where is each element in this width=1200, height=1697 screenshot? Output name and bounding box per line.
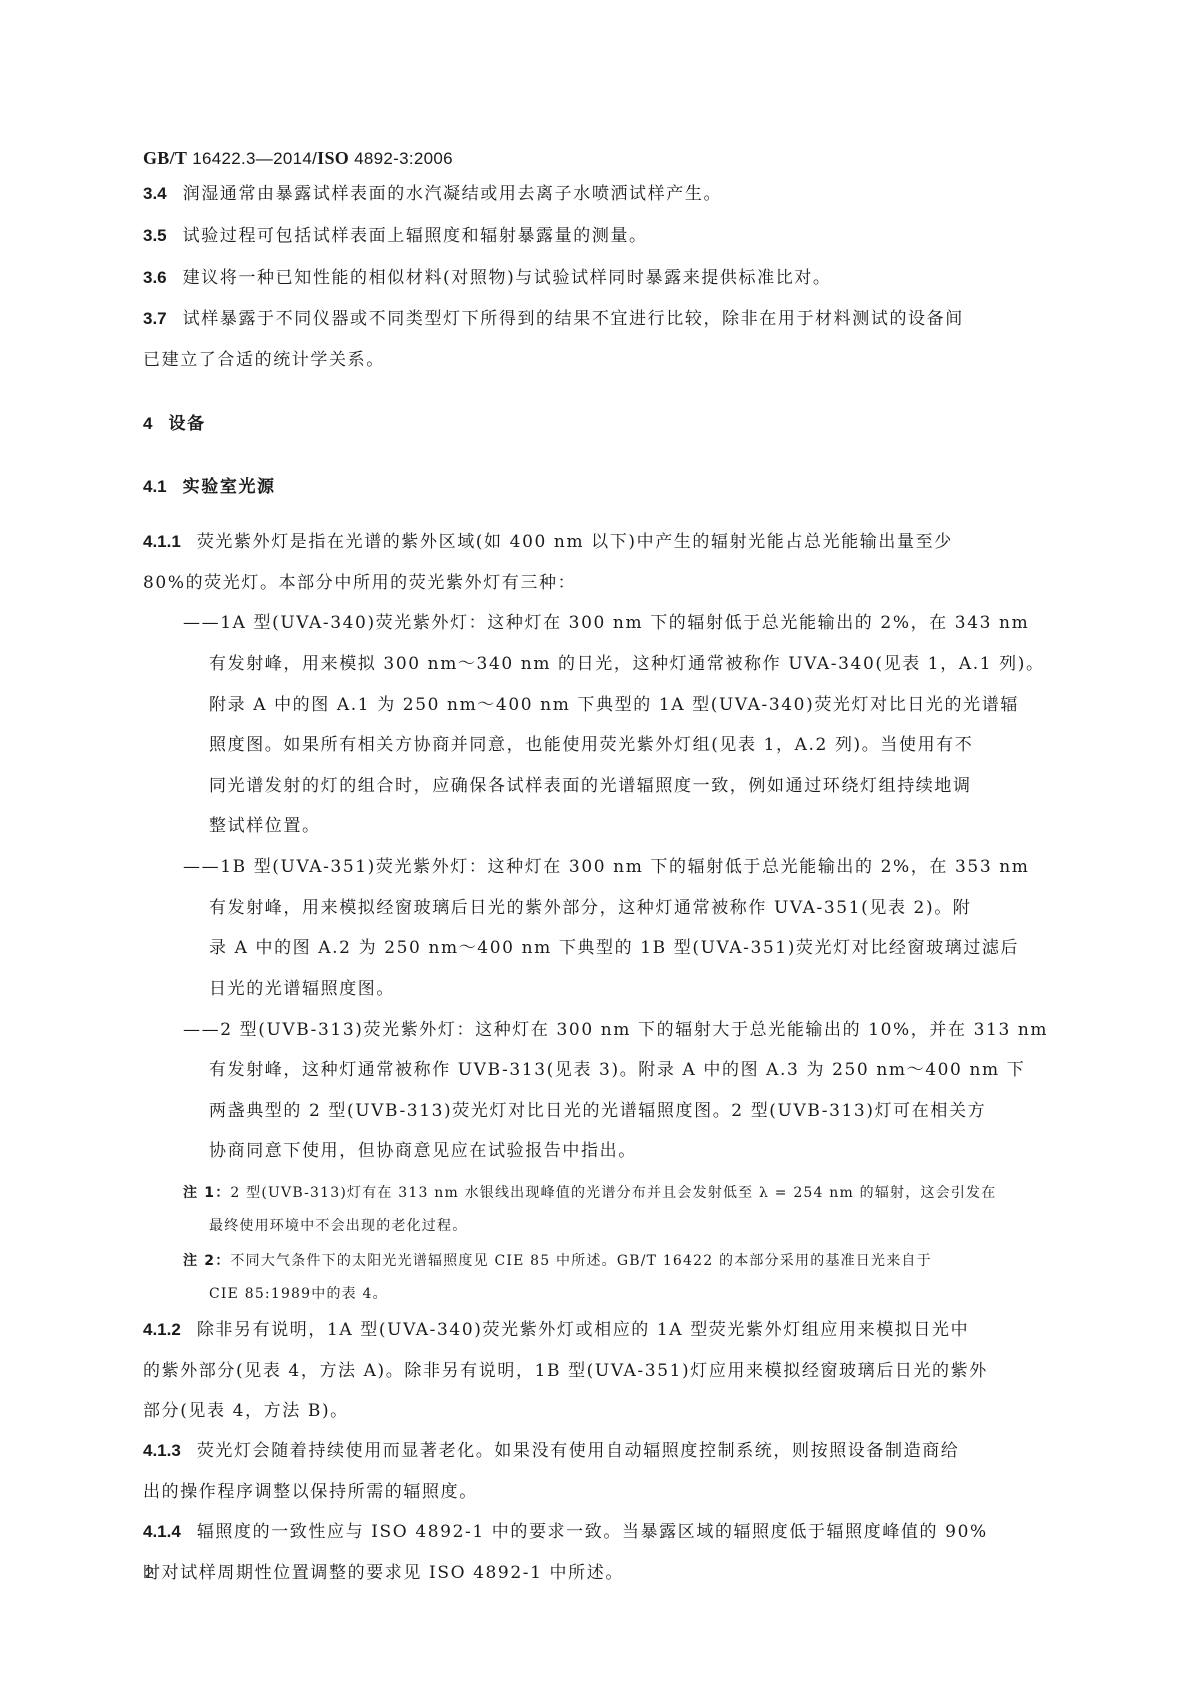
note-label: 注 2：	[183, 1253, 230, 1269]
lamp-type-1a: ——1A 型(UVA-340)荧光紫外灯：这种灯在 300 nm 下的辐射低于总…	[183, 613, 1029, 633]
clause-3-7-cont: 已建立了合适的统计学关系。	[143, 350, 385, 370]
clause-number: 3.7	[143, 309, 167, 328]
clause-4-1-2: 4.1.2除非另有说明，1A 型(UVA-340)荧光紫外灯或相应的 1A 型荧…	[143, 1320, 969, 1340]
lamp-type-1a-line: 附录 A 中的图 A.1 为 250 nm～400 nm 下典型的 1A 型(U…	[209, 695, 1019, 715]
clause-text: 润湿通常由暴露试样表面的水汽凝结或用去离子水喷洒试样产生。	[183, 184, 722, 204]
standard-header: GB/T 16422.3—2014/ISO 4892-3:2006	[143, 148, 453, 169]
iso-prefix: ISO	[317, 148, 349, 168]
clause-4-1-2-cont: 部分(见表 4，方法 B)。	[143, 1401, 349, 1421]
clause-3-6: 3.6建议将一种已知性能的相似材料(对照物)与试验试样同时暴露来提供标准比对。	[143, 268, 832, 288]
clause-4-1-1-cont: 80%的荧光灯。本部分中所用的荧光紫外灯有三种：	[143, 573, 576, 593]
note-1-cont: 最终使用环境中不会出现的老化过程。	[209, 1216, 467, 1236]
standard-prefix: GB/T	[143, 148, 187, 168]
clause-text: 辐照度的一致性应与 ISO 4892-1 中的要求一致。当暴露区域的辐照度低于辐…	[197, 1522, 988, 1542]
lamp-type-1b-line: 有发射峰，用来模拟经窗玻璃后日光的紫外部分，这种灯通常被称作 UVA-351(见…	[209, 898, 971, 918]
clause-number: 3.4	[143, 184, 167, 203]
document-page: GB/T 16422.3—2014/ISO 4892-3:2006 3.4润湿通…	[0, 0, 1200, 1697]
note-text: 2 型(UVB-313)灯有在 313 nm 水银线出现峰值的光谱分布并且会发射…	[230, 1185, 996, 1201]
clause-number: 4.1.1	[143, 532, 181, 551]
clause-number: 4.1.4	[143, 1522, 181, 1541]
clause-4-1-3: 4.1.3荧光灯会随着持续使用而显著老化。如果没有使用自动辐照度控制系统，则按照…	[143, 1441, 959, 1461]
lamp-type-2-line: 协商同意下使用，但协商意见应在试验报告中指出。	[209, 1141, 637, 1161]
section-number: 4.1	[143, 477, 167, 496]
iso-number: 4892-3:2006	[354, 149, 453, 168]
lamp-type-1b-line: 日光的光谱辐照度图。	[209, 979, 395, 999]
clause-3-7: 3.7试样暴露于不同仪器或不同类型灯下所得到的结果不宜进行比较，除非在用于材料测…	[143, 309, 964, 329]
clause-text: 荧光灯会随着持续使用而显著老化。如果没有使用自动辐照度控制系统，则按照设备制造商…	[197, 1441, 960, 1461]
lamp-type-2: ——2 型(UVB-313)荧光紫外灯：这种灯在 300 nm 下的辐射大于总光…	[183, 1020, 1048, 1040]
lamp-type-1a-line: 照度图。如果所有相关方协商并同意，也能使用荧光紫外灯组(见表 1，A.2 列)。…	[209, 735, 973, 755]
clause-number: 4.1.3	[143, 1441, 181, 1460]
clause-number: 4.1.2	[143, 1320, 181, 1339]
clause-3-5: 3.5试验过程可包括试样表面上辐照度和辐射暴露量的测量。	[143, 226, 648, 246]
lamp-type-2-line: 有发射峰，这种灯通常被称作 UVB-313(见表 3)。附录 A 中的图 A.3…	[209, 1060, 1025, 1080]
clause-4-1-2-cont: 的紫外部分(见表 4，方法 A)。除非另有说明，1B 型(UVA-351)灯应用…	[143, 1361, 988, 1381]
clause-3-4: 3.4润湿通常由暴露试样表面的水汽凝结或用去离子水喷洒试样产生。	[143, 184, 722, 204]
clause-4-1-4: 4.1.4辐照度的一致性应与 ISO 4892-1 中的要求一致。当暴露区域的辐…	[143, 1522, 988, 1542]
note-2: 注 2：不同大气条件下的太阳光光谱辐照度见 CIE 85 中所述。GB/T 16…	[183, 1251, 932, 1271]
note-text: 不同大气条件下的太阳光光谱辐照度见 CIE 85 中所述。GB/T 16422 …	[230, 1253, 931, 1269]
section-4-1-heading: 4.1实验室光源	[143, 477, 276, 497]
clause-4-1-1: 4.1.1荧光紫外灯是指在光谱的紫外区域(如 400 nm 以下)中产生的辐射光…	[143, 532, 953, 552]
clause-text: 建议将一种已知性能的相似材料(对照物)与试验试样同时暴露来提供标准比对。	[183, 268, 832, 288]
lamp-type-1a-line: 有发射峰，用来模拟 300 nm～340 nm 的日光，这种灯通常被称作 UVA…	[209, 654, 1045, 674]
lamp-type-1a-line: 整试样位置。	[209, 816, 321, 836]
lamp-type-1b-line: 录 A 中的图 A.2 为 250 nm～400 nm 下典型的 1B 型(UV…	[209, 938, 1019, 958]
lamp-type-1a-line: 同光谱发射的灯的组合时，应确保各试样表面的光谱辐照度一致，例如通过环绕灯组持续地…	[209, 776, 972, 796]
clause-text: 试验过程可包括试样表面上辐照度和辐射暴露量的测量。	[183, 226, 648, 246]
page-number: 2	[145, 1565, 154, 1583]
clause-number: 3.5	[143, 226, 167, 245]
section-number: 4	[143, 414, 152, 433]
lamp-type-2-line: 两盏典型的 2 型(UVB-313)荧光灯对比日光的光谱辐照度图。2 型(UVB…	[209, 1101, 986, 1121]
section-4-heading: 4设备	[143, 414, 206, 434]
note-1: 注 1：2 型(UVB-313)灯有在 313 nm 水银线出现峰值的光谱分布并…	[183, 1183, 996, 1203]
section-title: 实验室光源	[183, 477, 276, 497]
section-title: 设备	[168, 414, 205, 434]
note-label: 注 1：	[183, 1185, 230, 1201]
lamp-type-1b: ——1B 型(UVA-351)荧光紫外灯：这种灯在 300 nm 下的辐射低于总…	[183, 857, 1030, 877]
clause-text: 试样暴露于不同仪器或不同类型灯下所得到的结果不宜进行比较，除非在用于材料测试的设…	[183, 309, 964, 329]
clause-4-1-3-cont: 出的操作程序调整以保持所需的辐照度。	[143, 1482, 478, 1502]
clause-4-1-4-cont: 时对试样周期性位置调整的要求见 ISO 4892-1 中所述。	[143, 1563, 624, 1583]
standard-number: 16422.3—2014/	[192, 149, 317, 168]
note-2-cont: CIE 85:1989中的表 4。	[209, 1284, 388, 1304]
clause-number: 3.6	[143, 268, 167, 287]
clause-text: 除非另有说明，1A 型(UVA-340)荧光紫外灯或相应的 1A 型荧光紫外灯组…	[197, 1320, 969, 1340]
clause-text: 荧光紫外灯是指在光谱的紫外区域(如 400 nm 以下)中产生的辐射光能占总光能…	[197, 532, 953, 552]
